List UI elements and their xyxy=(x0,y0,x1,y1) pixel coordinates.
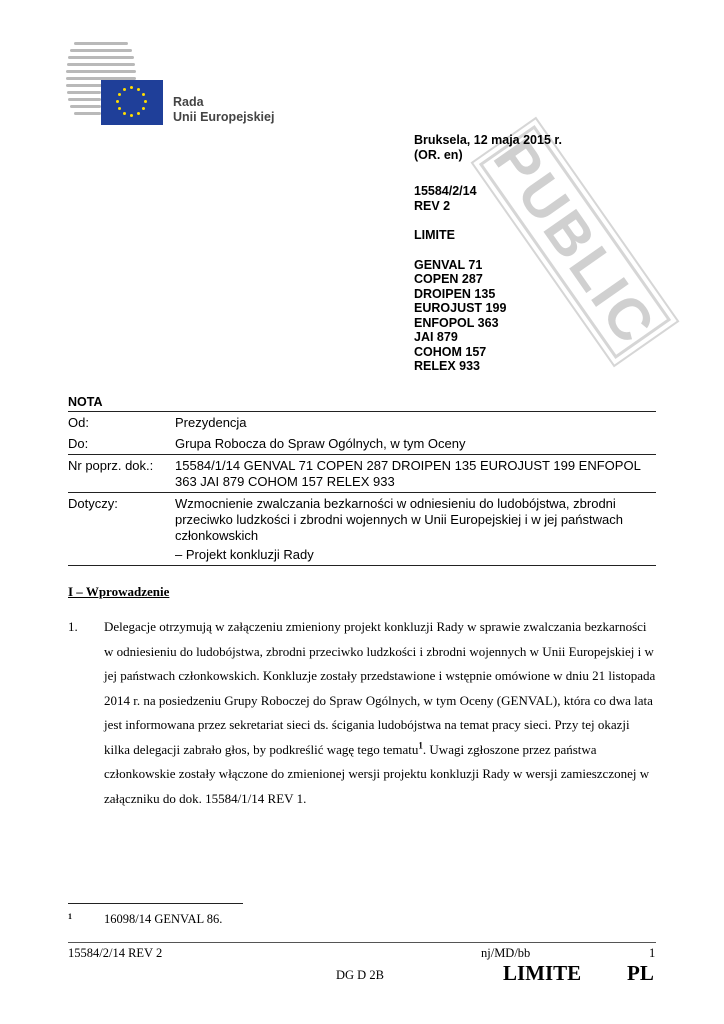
footer-language: PL xyxy=(627,961,654,986)
eu-flag-icon xyxy=(101,80,163,125)
doc-number: 15584/2/14 xyxy=(414,184,562,199)
code: RELEX 933 xyxy=(414,359,562,374)
code: COHOM 157 xyxy=(414,345,562,360)
footnote: 1 16098/14 GENVAL 86. xyxy=(68,912,72,927)
nota-title: NOTA xyxy=(68,395,103,409)
code: ENFOPOL 363 xyxy=(414,316,562,331)
code: DROIPEN 135 xyxy=(414,287,562,302)
nota-row-subject: Dotyczy: Wzmocnienie zwalczania bezkarno… xyxy=(68,493,656,565)
nota-row-prev-doc: Nr poprz. dok.: 15584/1/14 GENVAL 71 COP… xyxy=(68,455,656,492)
paragraph-number: 1. xyxy=(68,615,78,640)
footer-doc-ref: 15584/2/14 REV 2 xyxy=(68,946,162,961)
document-header: Bruksela, 12 maja 2015 r. (OR. en) 15584… xyxy=(414,133,562,374)
nota-row-to: Do: Grupa Robocza do Spraw Ogólnych, w t… xyxy=(68,433,656,454)
code: COPEN 287 xyxy=(414,272,562,287)
code: GENVAL 71 xyxy=(414,258,562,273)
code: EUROJUST 199 xyxy=(414,301,562,316)
revision: REV 2 xyxy=(414,199,562,214)
council-logo: Rada Unii Europejskiej xyxy=(66,40,296,130)
original-language: (OR. en) xyxy=(414,148,562,163)
footnote-separator xyxy=(68,903,243,904)
paragraph-1: 1. Delegacje otrzymują w załączeniu zmie… xyxy=(68,615,658,811)
nota-row-from: Od: Prezydencja xyxy=(68,412,656,433)
section-heading: I – Wprowadzenie xyxy=(68,584,169,600)
page-number: 1 xyxy=(649,946,655,961)
footer-initials: nj/MD/bb xyxy=(481,946,530,961)
footer-dg: DG D 2B xyxy=(336,968,384,983)
nota-table: Od: Prezydencja Do: Grupa Robocza do Spr… xyxy=(68,411,656,566)
footer-classification: LIMITE xyxy=(503,961,581,986)
footer-separator xyxy=(68,942,656,943)
place-date: Bruksela, 12 maja 2015 r. xyxy=(414,133,562,148)
code: JAI 879 xyxy=(414,330,562,345)
classification: LIMITE xyxy=(414,228,562,243)
council-name: Rada Unii Europejskiej xyxy=(173,95,274,125)
